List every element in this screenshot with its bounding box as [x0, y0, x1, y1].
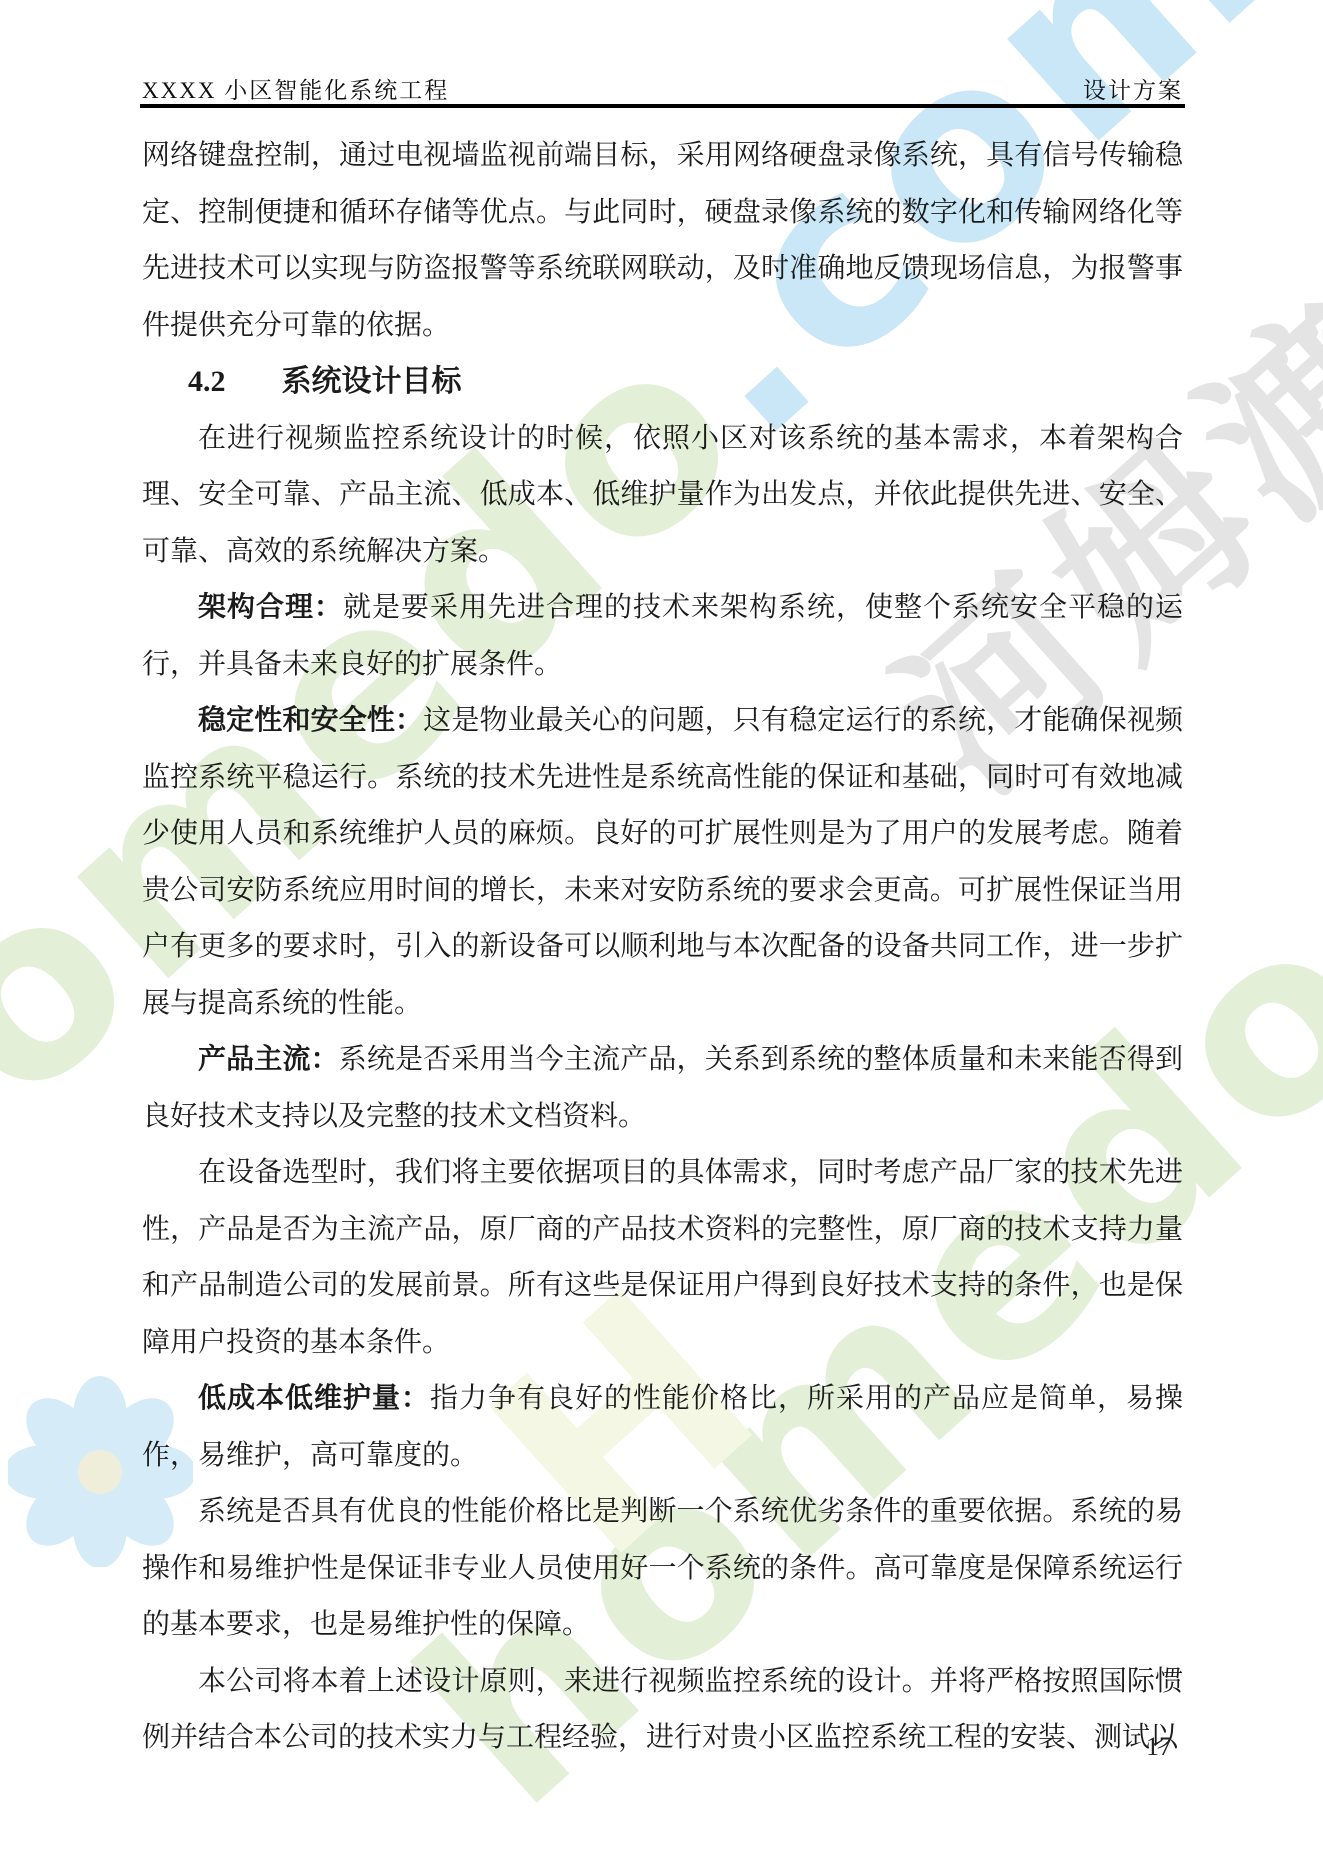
document-page: homedo.com 河姆渡 homedo.com H XXXX 小区智能化系统…: [0, 0, 1323, 1871]
paragraph: 本公司将本着上述设计原则，来进行视频监控系统的设计。并将严格按照国际惯例并结合本…: [142, 1654, 1183, 1767]
paragraph: 在进行视频监控系统设计的时候，依照小区对该系统的基本需求，本着架构合理、安全可靠…: [142, 411, 1183, 581]
section-title: 系统设计目标: [282, 365, 462, 398]
paragraph: 产品主流：系统是否采用当今主流产品，关系到系统的整体质量和未来能否得到良好技术支…: [142, 1032, 1183, 1145]
paragraph-lead: 稳定性和安全性：: [198, 705, 423, 736]
page-number: 17: [1146, 1732, 1172, 1762]
paragraph: 架构合理：就是要采用先进合理的技术来架构系统，使整个系统安全平稳的运行，并具备未…: [142, 580, 1183, 693]
paragraph: 系统是否具有优良的性能价格比是判断一个系统优劣条件的重要依据。系统的易操作和易维…: [142, 1484, 1183, 1654]
section-heading: 4.2系统设计目标: [142, 354, 1183, 411]
paragraph-lead: 产品主流：: [198, 1044, 339, 1075]
header-left-title: XXXX 小区智能化系统工程: [142, 72, 449, 105]
watermark-domain-text: .com: [1242, 382, 1323, 1072]
header-right-label: 设计方案: [1083, 72, 1183, 105]
header-rule: [140, 104, 1185, 108]
paragraph: 在设备选型时，我们将主要依据项目的具体需求，同时考虑产品厂家的技术先进性，产品是…: [142, 1145, 1183, 1371]
paragraph-lead: 架构合理：: [198, 592, 343, 623]
paragraph-lead: 低成本低维护量：: [198, 1383, 430, 1414]
section-number: 4.2: [188, 354, 226, 411]
paragraph: 稳定性和安全性：这是物业最关心的问题，只有稳定运行的系统，才能确保视频监控系统平…: [142, 693, 1183, 1032]
paragraph: 网络键盘控制，通过电视墙监视前端目标，采用网络硬盘录像系统，具有信号传输稳定、控…: [142, 128, 1183, 354]
document-content: 网络键盘控制，通过电视墙监视前端目标，采用网络硬盘录像系统，具有信号传输稳定、控…: [142, 128, 1183, 1767]
paragraph: 低成本低维护量：指力争有良好的性能价格比，所采用的产品应是简单，易操作，易维护，…: [142, 1371, 1183, 1484]
page-header: XXXX 小区智能化系统工程 设计方案: [142, 72, 1183, 105]
